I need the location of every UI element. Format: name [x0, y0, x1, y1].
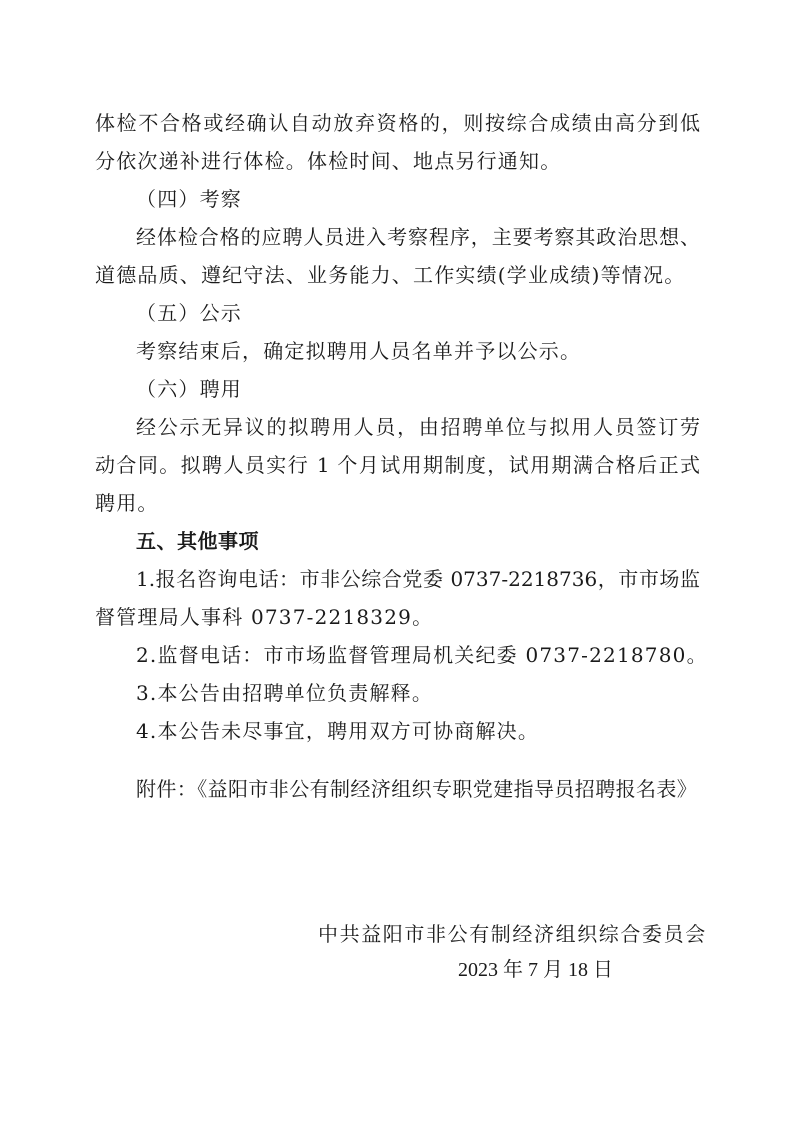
- paragraph-line: 3.本公告由招聘单位负责解释。: [95, 674, 700, 712]
- signature-organization: 中共益阳市非公有制经济组织综合委员会: [318, 915, 707, 953]
- subheading-investigation: （四）考察: [95, 180, 700, 218]
- subheading-publicity: （五）公示: [95, 294, 700, 332]
- attachment-line: 附件：《益阳市非公有制经济组织专职党建指导员招聘报名表》: [95, 770, 700, 808]
- document-body: 体检不合格或经确认自动放弃资格的，则按综合成绩由高分到低 分依次递补进行体检。体…: [95, 104, 700, 808]
- paragraph-line: 2.监督电话：市市场监督管理局机关纪委 0737-2218780。: [95, 636, 700, 674]
- paragraph-line: 4.本公告未尽事宜，聘用双方可协商解决。: [95, 712, 700, 750]
- paragraph-line: 动合同。拟聘人员实行 1 个月试用期制度，试用期满合格后正式: [95, 446, 700, 484]
- paragraph-line: 经体检合格的应聘人员进入考察程序，主要考察其政治思想、: [95, 218, 700, 256]
- paragraph-line: 经公示无异议的拟聘用人员，由招聘单位与拟用人员签订劳: [95, 408, 700, 446]
- section-heading-other-matters: 五、其他事项: [95, 522, 700, 560]
- subheading-employment: （六）聘用: [95, 370, 700, 408]
- paragraph-line: 聘用。: [95, 484, 700, 522]
- paragraph-line: 1.报名咨询电话：市非公综合党委 0737-2218736，市市场监: [95, 560, 700, 598]
- paragraph-line: 督管理局人事科 0737-2218329。: [95, 598, 700, 636]
- paragraph-line: 体检不合格或经确认自动放弃资格的，则按综合成绩由高分到低: [95, 104, 700, 142]
- spacer: [95, 750, 700, 770]
- paragraph-line: 考察结束后，确定拟聘用人员名单并予以公示。: [95, 332, 700, 370]
- paragraph-line: 分依次递补进行体检。体检时间、地点另行通知。: [95, 142, 700, 180]
- paragraph-line: 道德品质、遵纪守法、业务能力、工作实绩(学业成绩)等情况。: [95, 256, 700, 294]
- signature-date: 2023 年 7 月 18 日: [458, 955, 613, 985]
